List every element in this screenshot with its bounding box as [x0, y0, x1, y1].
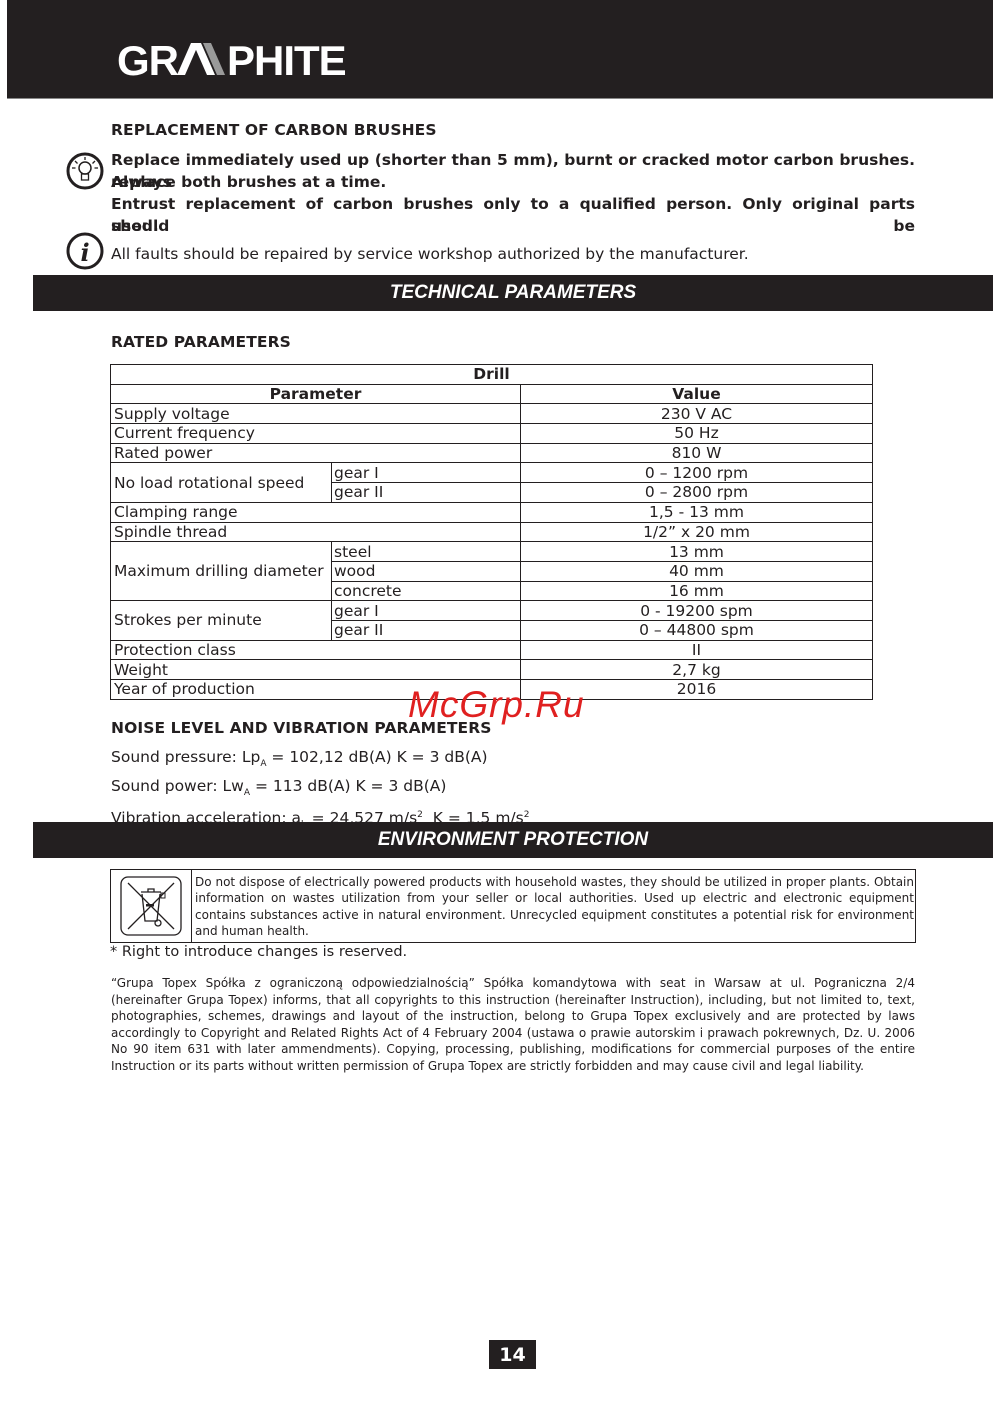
param-name: Supply voltage	[111, 404, 521, 424]
environment-notice-box: Do not dispose of electrically powered p…	[110, 869, 916, 943]
header-band: GR PHITE	[7, 0, 993, 99]
rated-parameters-title: RATED PARAMETERS	[111, 333, 291, 351]
graphite-logo: GR PHITE	[117, 38, 352, 82]
param-name: Current frequency	[111, 424, 521, 444]
table-row: Weight2,7 kg	[111, 660, 873, 680]
table-caption-row: Drill	[111, 365, 873, 385]
watermark: McGrp.Ru	[408, 684, 585, 726]
info-icon: i	[65, 231, 105, 275]
param-sub-label: gear II	[332, 483, 521, 503]
param-value: 40 mm	[521, 561, 873, 581]
tip-line-2: replace both brushes at a time.	[111, 171, 915, 193]
param-name: Clamping range	[111, 502, 521, 522]
param-name: Rated power	[111, 443, 521, 463]
param-value: 50 Hz	[521, 424, 873, 444]
param-name: Strokes per minute	[111, 601, 332, 640]
svg-text:GR: GR	[117, 38, 179, 82]
table-row: Strokes per minutegear I0 - 19200 spm	[111, 601, 873, 621]
param-value: 13 mm	[521, 542, 873, 562]
svg-text:i: i	[80, 238, 89, 267]
sound-pressure: Sound pressure: LpA = 102,12 dB(A) K = 3…	[111, 746, 529, 775]
param-value: 810 W	[521, 443, 873, 463]
param-name: No load rotational speed	[111, 463, 332, 502]
param-sub-label: wood	[332, 561, 521, 581]
technical-parameters-title: TECHNICAL PARAMETERS	[390, 282, 636, 304]
copyright-notice: “Grupa Topex Spółka z ograniczoną odpowi…	[111, 975, 915, 1074]
crossed-bin-icon	[111, 870, 192, 942]
table-row: Clamping range1,5 - 13 mm	[111, 502, 873, 522]
environment-protection-band: ENVIRONMENT PROTECTION	[33, 822, 993, 858]
sound-power: Sound power: LwA = 113 dB(A) K = 3 dB(A)	[111, 775, 529, 804]
param-value: 16 mm	[521, 581, 873, 601]
param-value: 230 V AC	[521, 404, 873, 424]
environment-notice-text: Do not dispose of electrically powered p…	[192, 870, 915, 942]
info-text: All faults should be repaired by service…	[111, 243, 915, 265]
table-row: Rated power810 W	[111, 443, 873, 463]
param-value: 1/2” x 20 mm	[521, 522, 873, 542]
col-value-header: Value	[521, 384, 873, 404]
col-parameter-header: Parameter	[111, 384, 521, 404]
param-sub-label: concrete	[332, 581, 521, 601]
param-sub-label: gear II	[332, 620, 521, 640]
param-sub-label: gear I	[332, 463, 521, 483]
lightbulb-icon	[65, 151, 105, 195]
table-caption: Drill	[111, 365, 873, 385]
table-row: Spindle thread1/2” x 20 mm	[111, 522, 873, 542]
param-value: 0 – 2800 rpm	[521, 483, 873, 503]
param-sub-label: gear I	[332, 601, 521, 621]
param-name: Maximum drilling diameter	[111, 542, 332, 601]
param-sub-label: steel	[332, 542, 521, 562]
rated-parameters-table: Drill Parameter Value Supply voltage230 …	[110, 364, 873, 700]
table-row: Protection classII	[111, 640, 873, 660]
param-name: Protection class	[111, 640, 521, 660]
param-value: 0 – 44800 spm	[521, 620, 873, 640]
entrust-line-2: used.	[111, 215, 915, 237]
param-value: 0 – 1200 rpm	[521, 463, 873, 483]
table-header-row: Parameter Value	[111, 384, 873, 404]
param-name: Weight	[111, 660, 521, 680]
changes-reserved-note: * Right to introduce changes is reserved…	[110, 944, 407, 960]
table-row: No load rotational speedgear I0 – 1200 r…	[111, 463, 873, 483]
param-name: Spindle thread	[111, 522, 521, 542]
table-row: Current frequency50 Hz	[111, 424, 873, 444]
page-number: 14	[489, 1340, 536, 1369]
table-row: Maximum drilling diametersteel13 mm	[111, 542, 873, 562]
technical-parameters-band: TECHNICAL PARAMETERS	[33, 275, 993, 311]
carbon-brushes-title: REPLACEMENT OF CARBON BRUSHES	[111, 121, 437, 139]
param-value: 1,5 - 13 mm	[521, 502, 873, 522]
param-value: II	[521, 640, 873, 660]
param-value: 2,7 kg	[521, 660, 873, 680]
param-value: 0 - 19200 spm	[521, 601, 873, 621]
environment-protection-title: ENVIRONMENT PROTECTION	[378, 829, 648, 851]
svg-text:PHITE: PHITE	[227, 38, 346, 82]
table-row: Supply voltage230 V AC	[111, 404, 873, 424]
